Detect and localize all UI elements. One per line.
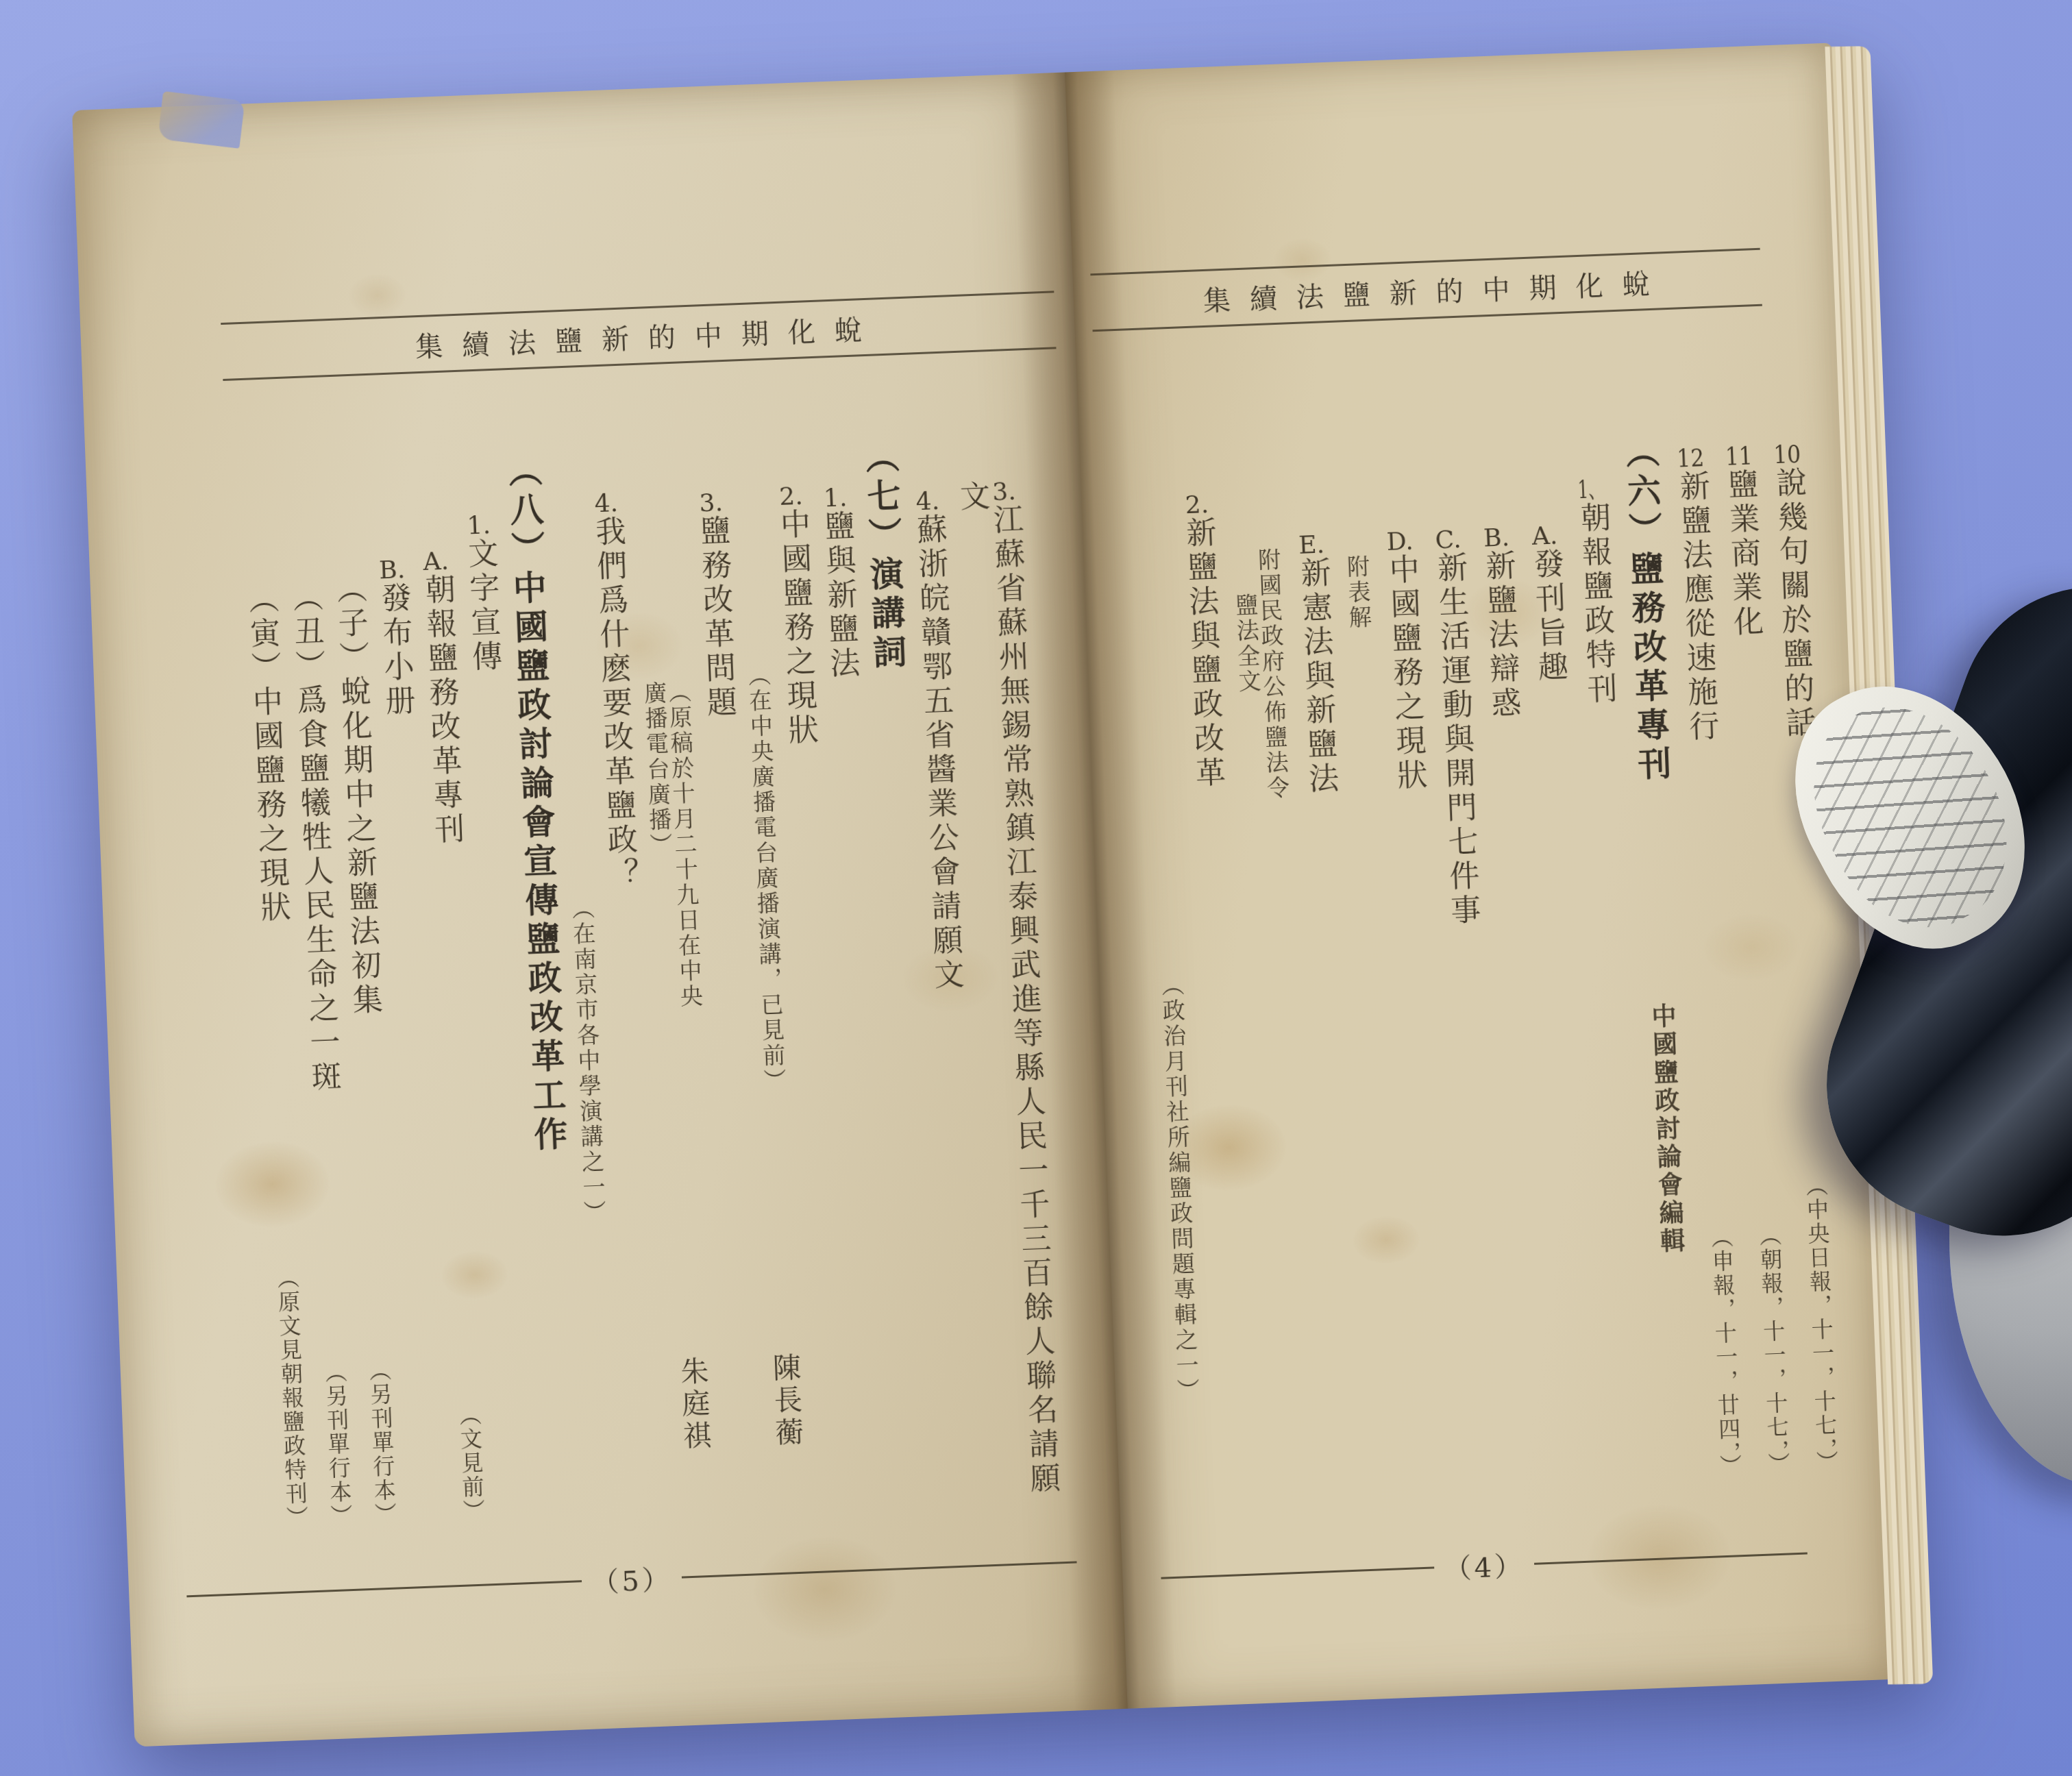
item-text: 發布小册 [375,582,416,720]
item-text: （在南京市各中學演講之一） [568,896,607,1226]
item-text: 新鹽法與鹽政改革 [1181,517,1226,792]
page-footer: （5） [186,1542,1077,1616]
item-text: （在中央廣播電台廣播演講，已見前） [744,663,787,1095]
item-text: 中國鹽務之現狀 [774,508,818,749]
citation-note: （文見前） [456,1403,484,1524]
item-number: 1. [464,513,493,539]
page-footer: （4） [1160,1534,1808,1598]
book-page-left: 集續法鹽新的中期化蛻 3.江蘇省蘇州無錫常熟鎮江泰興武進等縣人民一千三百餘人聯名… [72,73,1128,1747]
item-text: 說幾句關於鹽的話 [1771,467,1816,742]
item-number: C. [1433,527,1463,553]
open-book: 集續法鹽新的中期化蛻 3.江蘇省蘇州無錫常熟鎮江泰興武進等縣人民一千三百餘人聯名… [72,42,1929,1747]
item-number: A. [1530,523,1559,549]
item-text: （寅）中國鹽務之現狀 [243,582,291,926]
item-text: 我們爲什麽要改革鹽政？ [590,515,639,893]
footer-rule-left [1161,1566,1434,1579]
item-text: 新鹽法應從速施行 [1674,470,1719,745]
item-number: 4. [913,489,942,515]
citation-note: （另刊單行本） [322,1360,352,1529]
item-number: 3. [989,479,1019,505]
item-number: 10 [1773,442,1802,468]
item-number: B. [378,557,407,583]
page-number: （5） [581,1558,682,1601]
book-page-right: 集續法鹽新的中期化蛻 10說幾句關於鹽的話（中央日報，十一，十七，）11鹽業商業… [1065,43,1895,1709]
item-text: 鹽法全文 [1232,593,1263,695]
item-number: 4. [591,491,621,517]
item-number: 3. [696,490,726,516]
item-text: 新生活運動與開門七件事 [1431,552,1481,930]
photo-scene: 集續法鹽新的中期化蛻 3.江蘇省蘇州無錫常熟鎮江泰興武進等縣人民一千三百餘人聯名… [0,0,2072,1776]
footer-rule-right [1534,1552,1808,1564]
item-text: 新鹽法辯惑 [1480,550,1522,722]
item-number: 2. [1182,492,1211,518]
item-number: 1. [820,485,850,511]
item-number: 1、 [1577,477,1606,503]
toc-content-page-5: 3.江蘇省蘇州無錫常熟鎮江泰興武進等縣人民一千三百餘人聯名請願文4.蘇浙皖贛鄂五… [127,434,1059,1536]
item-number: 2. [776,484,806,510]
item-text: 中國鹽務之現狀 [1383,553,1427,794]
item-text: 朝報鹽政特刊 [1575,502,1617,708]
item-text: 新憲法與新鹽法 [1295,556,1339,798]
running-header-title: 集續法鹽新的中期化蛻 [221,293,1056,379]
item-text: （七）演講詞 [860,439,909,674]
page-number: （4） [1433,1544,1535,1588]
footer-rule-right [682,1561,1077,1578]
item-text: 鹽業商業化 [1722,468,1764,641]
footer-rule-left [186,1580,582,1597]
item-text: （子）蛻化期中之新鹽法初集 [331,572,383,1018]
citation-note: （另刊單行本） [367,1359,397,1527]
item-number: E. [1296,532,1326,558]
author-name: 朱庭祺 [676,1356,711,1454]
item-text: （政治月刊社所編鹽政問題專輯之一） [1158,973,1201,1405]
item-text: （六）鹽務改革專刊 [1620,434,1673,787]
item-text: 鹽與新鹽法 [819,510,861,682]
item-number: 11 [1724,443,1753,469]
item-text: 文字宣傳 [463,537,503,676]
item-text: 鹽務改革問題 [694,515,737,721]
running-header: 集續法鹽新的中期化蛻 [221,291,1056,381]
author-name: 陳長蘅 [769,1353,803,1451]
torn-corner [158,91,245,149]
item-number: A. [421,548,451,574]
item-number: 12 [1676,445,1705,471]
item-text: 朝報鹽務改革專刊 [419,573,465,848]
item-number: B. [1481,525,1511,551]
item-text: 附表解 [1343,554,1372,631]
running-header: 集續法鹽新的中期化蛻 [1090,248,1762,332]
item-text: （丑）爲食鹽犧牲人民生命之一斑 [287,581,342,1096]
toc-content-page-4: 10說幾句關於鹽的話（中央日報，十一，十七，）11鹽業商業化（朝報，十一，十七，… [1107,428,1842,1503]
item-text: 蘇浙皖贛鄂五省醬業公會請願文 [911,513,965,994]
item-number: D. [1385,528,1414,554]
item-text: 發刊旨趣 [1528,547,1568,686]
